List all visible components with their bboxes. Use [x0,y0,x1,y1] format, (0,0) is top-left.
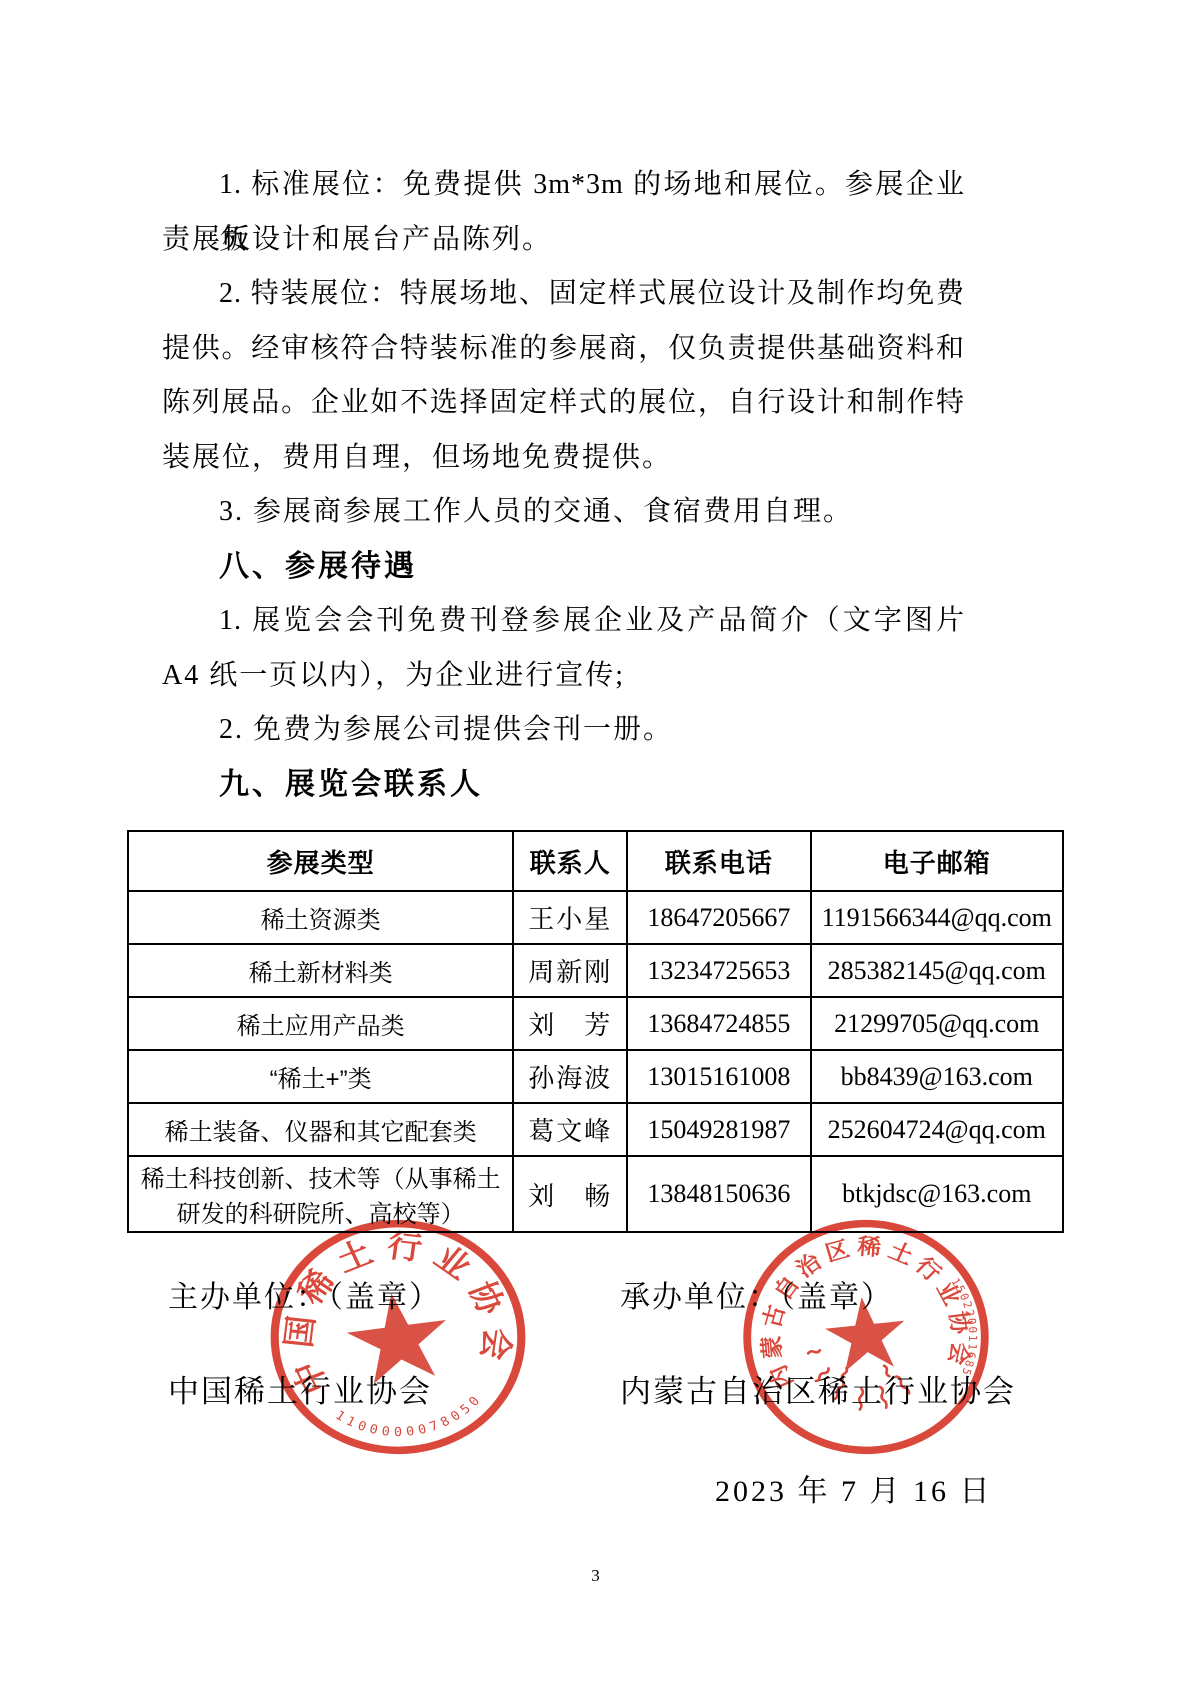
contact-cell: 刘 芳 [513,997,627,1050]
section-heading: 八、参展待遇 [162,540,965,595]
email-cell: 252604724@qq.com [811,1103,1063,1156]
table-row: 稀土新材料类周新刚13234725653285382145@qq.com [128,944,1063,997]
phone-cell: 15049281987 [627,1103,810,1156]
contact-cell: 葛文峰 [513,1103,627,1156]
host-seal-stamp: 中国稀土行业协会 1100000078050 [262,1212,534,1462]
body-line: 装展位，费用自理，但场地免费提供。 [162,431,965,486]
email-cell: 21299705@qq.com [811,997,1063,1050]
body-line: A4 纸一页以内），为企业进行宣传; [162,649,965,704]
phone-cell: 13684724855 [627,997,810,1050]
body-line: 责展板设计和展台产品陈列。 [162,213,965,268]
phone-cell: 13234725653 [627,944,810,997]
table-row: 稀土应用产品类刘 芳1368472485521299705@qq.com [128,997,1063,1050]
star-icon [342,1287,454,1386]
email-cell: 285382145@qq.com [811,944,1063,997]
column-header: 电子邮箱 [811,831,1063,891]
category-cell: 稀土资源类 [128,891,513,944]
table-row: 稀土装备、仪器和其它配套类葛文峰15049281987252604724@qq.… [128,1103,1063,1156]
star-icon [822,1293,909,1373]
document-date: 2023 年 7 月 16 日 [715,1466,993,1510]
contact-cell: 周新刚 [513,944,627,997]
contact-cell: 王小星 [513,891,627,944]
category-cell: “稀土+”类 [128,1050,513,1103]
document-page: 1. 标准展位：免费提供 3m*3m 的场地和展位。参展企业负责展板设计和展台产… [0,0,1191,1684]
column-header: 联系人 [513,831,627,891]
phone-cell: 13015161008 [627,1050,810,1103]
column-header: 参展类型 [128,831,513,891]
category-cell: 稀土新材料类 [128,944,513,997]
table-header-row: 参展类型联系人联系电话电子邮箱 [128,831,1063,891]
category-cell: 稀土应用产品类 [128,997,513,1050]
phone-cell: 18647205667 [627,891,810,944]
email-cell: 1191566344@qq.com [811,891,1063,944]
body-line: 陈列展品。企业如不选择固定样式的展位，自行设计和制作特 [162,376,965,431]
undertaker-seal-stamp: 内蒙古自治区稀土行业协会 150220011685 [735,1212,997,1462]
contacts-table: 参展类型联系人联系电话电子邮箱 稀土资源类王小星1864720566711915… [127,830,1064,1233]
section-heading: 九、展览会联系人 [162,758,965,813]
body-line: 1. 标准展位：免费提供 3m*3m 的场地和展位。参展企业负 [162,158,965,213]
body-line: 2. 免费为参展公司提供会刊一册。 [162,703,965,758]
body-line: 1. 展览会会刊免费刊登参展企业及产品简介（文字图片 [162,594,965,649]
column-header: 联系电话 [627,831,810,891]
table-row: 稀土资源类王小星186472056671191566344@qq.com [128,891,1063,944]
body-line: 提供。经审核符合特装标准的参展商，仅负责提供基础资料和 [162,322,965,377]
category-cell: 稀土装备、仪器和其它配套类 [128,1103,513,1156]
table-row: “稀土+”类孙海波13015161008bb8439@163.com [128,1050,1063,1103]
body-line: 3. 参展商参展工作人员的交通、食宿费用自理。 [162,485,965,540]
contact-cell: 孙海波 [513,1050,627,1103]
body-text: 1. 标准展位：免费提供 3m*3m 的场地和展位。参展企业负责展板设计和展台产… [162,158,965,812]
body-line: 2. 特装展位：特展场地、固定样式展位设计及制作均免费 [162,267,965,322]
email-cell: bb8439@163.com [811,1050,1063,1103]
page-number: 3 [591,1566,600,1586]
